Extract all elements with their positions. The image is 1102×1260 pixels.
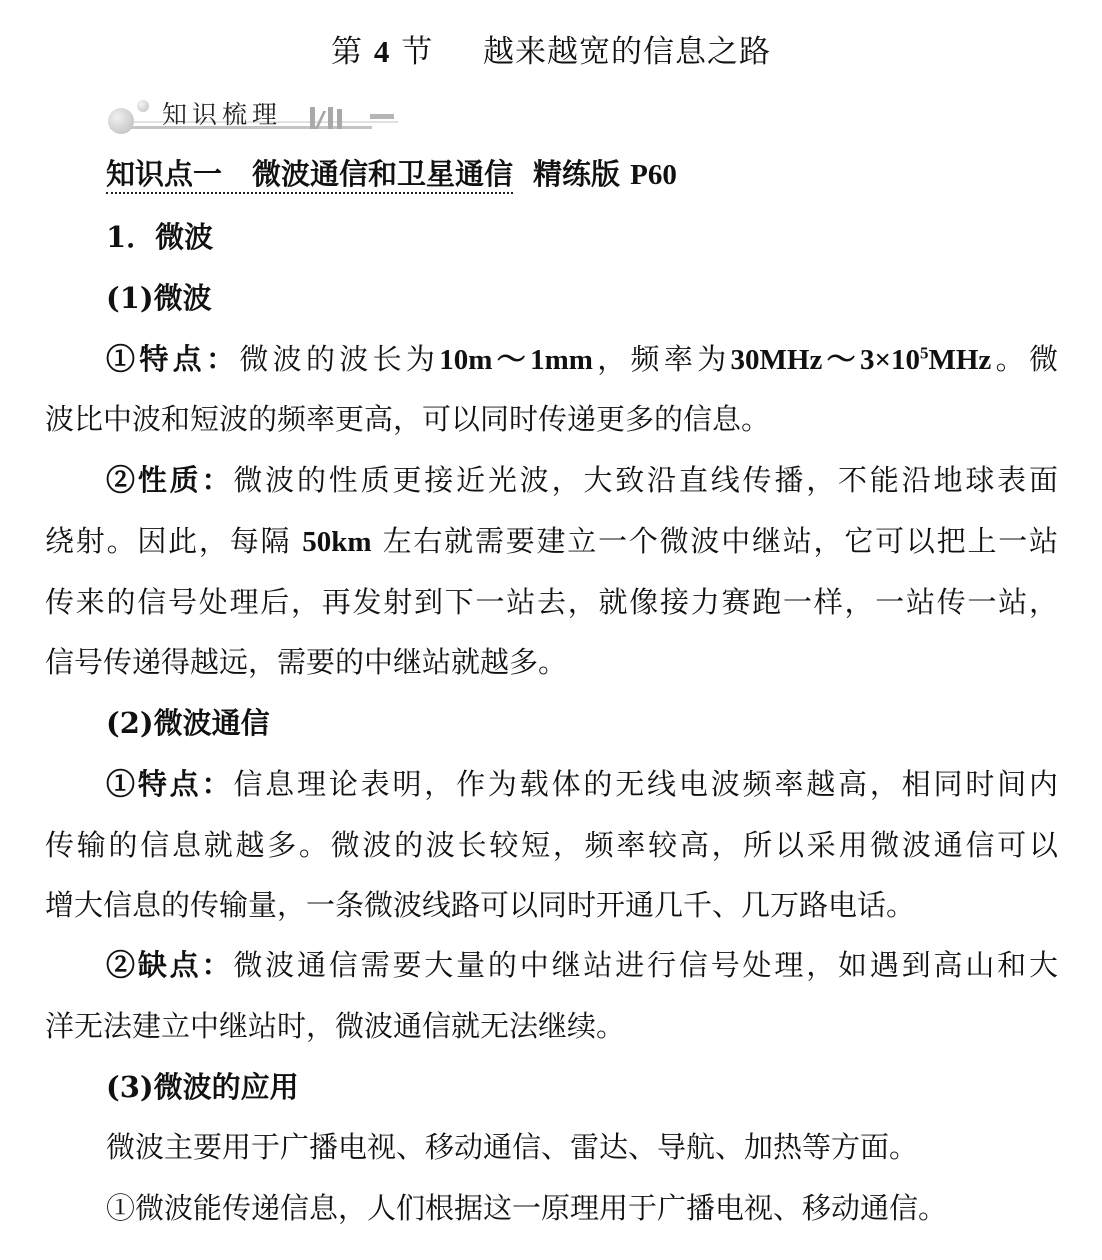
title-prefix: 第 [331, 34, 363, 70]
reference-page: P60 [630, 159, 677, 191]
subsection-heading-1-2: (2)微波通信 [106, 703, 1102, 743]
paragraph-application-line1: 微波主要用于广播电视、移动通信、雷达、导航、加热等方面。 [106, 1127, 1102, 1167]
reference: 精练版 P60 [533, 157, 677, 191]
paragraph-application-line2: ①微波能传递信息，人们根据这一原理用于广播电视、移动通信。 [106, 1188, 1102, 1228]
subsection-heading-1-3: (3)微波的应用 [106, 1067, 1102, 1107]
dash-decoration-icon [370, 114, 394, 119]
paragraph-drawback-line2: 洋无法建立中继站时，微波通信就无法继续。 [45, 1006, 1102, 1046]
paragraph-feature-line2: 波比中波和短波的频率更高，可以同时传递更多的信息。 [45, 399, 1102, 439]
paragraph-comm-feature-line1: ①特点：信息理论表明，作为载体的无线电波频率越高，相同时间内 [106, 764, 1058, 804]
paragraph-comm-feature-line3: 增大信息的传输量，一条微波线路可以同时开通几千、几万路电话。 [45, 885, 1102, 925]
section-number: 4 [374, 34, 391, 69]
knowledge-point-title: 知识点一微波通信和卫星通信 [106, 157, 513, 194]
paragraph-feature-line1: ①特点：微波的波长为10m～1mm，频率为30MHz～3×105MHz。微 [106, 339, 1058, 380]
knowledge-point-topic: 微波通信和卫星通信 [252, 157, 513, 191]
banner-label: 知识梳理 [162, 97, 282, 133]
section-name: 越来越宽的信息之路 [483, 34, 771, 70]
paragraph-drawback-line1: ②缺点：微波通信需要大量的中继站进行信号处理，如遇到高山和大 [106, 945, 1058, 985]
paragraph-nature-line3: 传来的信号处理后，再发射到下一站去，就像接力赛跑一样，一站传一站， [45, 582, 1058, 622]
balls-decoration-icon [108, 108, 134, 134]
paragraph-nature-line4: 信号传递得越远，需要的中继站就越多。 [45, 642, 1102, 682]
page-title: 第 4 节 越来越宽的信息之路 [0, 30, 1102, 74]
bars-decoration-icon [310, 105, 346, 129]
small-ball-decoration-icon [137, 100, 149, 112]
knowledge-point-heading: 知识点一微波通信和卫星通信精练版 P60 [106, 154, 1102, 195]
section-heading-1: 1．微波 [106, 217, 1102, 257]
knowledge-point-label: 知识点一 [106, 157, 222, 191]
subsection-heading-1-1: (1)微波 [106, 278, 1102, 318]
paragraph-nature-line1: ②性质：微波的性质更接近光波，大致沿直线传播，不能沿地球表面 [106, 460, 1058, 500]
paragraph-nature-line2: 绕射。因此，每隔 50km 左右就需要建立一个微波中继站，它可以把上一站 [45, 521, 1058, 562]
title-suffix: 节 [401, 34, 433, 70]
knowledge-review-banner: 知识梳理 [106, 97, 398, 135]
paragraph-comm-feature-line2: 传输的信息就越多。微波的波长较短，频率较高，所以采用微波通信可以 [45, 825, 1058, 865]
